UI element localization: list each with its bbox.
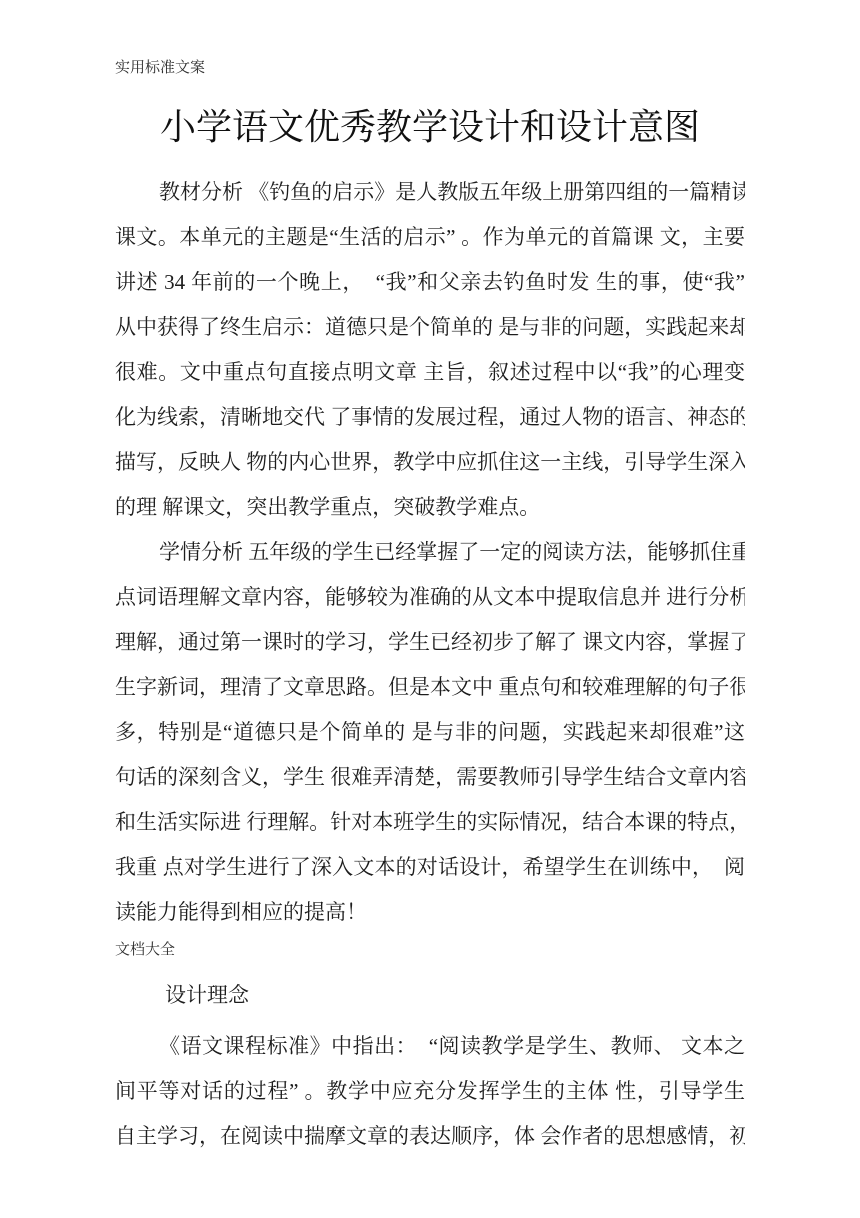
text-line: 我重 点对学生进行了深入文本的对话设计，希望学生在训练中， 阅 — [115, 845, 745, 890]
section-heading-design-concept: 设计理念 — [115, 973, 745, 1018]
text-line: 教材分析 《钓鱼的启示》是人教版五年级上册第四组的一篇精读 — [115, 170, 745, 215]
header-note: 实用标准文案 — [115, 58, 745, 78]
paragraph-design-concept: 《语文课程标准》中指出： “阅读教学是学生、教师、 文本之间平等对话的过程” 。… — [115, 1024, 745, 1159]
text-line: 《语文课程标准》中指出： “阅读教学是学生、教师、 文本之 — [115, 1024, 745, 1069]
text-line: 描写，反映人 物的内心世界，教学中应抓住这一主线，引导学生深入 — [115, 440, 745, 485]
text-line: 多，特别是“道德只是个简单的 是与非的问题，实践起来却很难”这 — [115, 710, 745, 755]
text-line: 很难。文中重点句直接点明文章 主旨，叙述过程中以“我”的心理变 — [115, 350, 745, 395]
text-line: 学情分析 五年级的学生已经掌握了一定的阅读方法，能够抓住重 — [115, 530, 745, 575]
text-line: 化为线索，清晰地交代 了事情的发展过程，通过人物的语言、神态的 — [115, 395, 745, 440]
text-line: 从中获得了终生启示：道德只是个简单的 是与非的问题，实践起来却 — [115, 305, 745, 350]
document-title: 小学语文优秀教学设计和设计意图 — [115, 102, 745, 152]
text-line: 生字新词，理清了文章思路。但是本文中 重点句和较难理解的句子很 — [115, 665, 745, 710]
document-page: 实用标准文案 小学语文优秀教学设计和设计意图 教材分析 《钓鱼的启示》是人教版五… — [0, 0, 860, 1218]
text-line: 间平等对话的过程” 。教学中应充分发挥学生的主体 性，引导学生 — [115, 1069, 745, 1114]
paragraph-learner-analysis: 学情分析 五年级的学生已经掌握了一定的阅读方法，能够抓住重点词语理解文章内容，能… — [115, 530, 745, 935]
text-line: 句话的深刻含义，学生 很难弄清楚，需要教师引导学生结合文章内容 — [115, 755, 745, 800]
text-line: 自主学习，在阅读中揣摩文章的表达顺序，体 会作者的思想感情，初 — [115, 1114, 745, 1159]
paragraph-textbook-analysis: 教材分析 《钓鱼的启示》是人教版五年级上册第四组的一篇精读课文。本单元的主题是“… — [115, 170, 745, 530]
doc-site-note: 文档大全 — [115, 939, 745, 961]
text-line: 点词语理解文章内容，能够较为准确的从文本中提取信息并 进行分析 — [115, 575, 745, 620]
text-line: 读能力能得到相应的提高！ — [115, 890, 745, 935]
text-line: 理解，通过第一课时的学习，学生已经初步了解了 课文内容，掌握了 — [115, 620, 745, 665]
text-line: 课文。本单元的主题是“生活的启示” 。作为单元的首篇课 文，主要 — [115, 215, 745, 260]
text-line: 和生活实际进 行理解。针对本班学生的实际情况，结合本课的特点， — [115, 800, 745, 845]
document-blocks: 教材分析 《钓鱼的启示》是人教版五年级上册第四组的一篇精读课文。本单元的主题是“… — [115, 170, 745, 1159]
text-line: 的理 解课文，突出教学重点，突破教学难点。 — [115, 485, 745, 530]
text-line: 讲述 34 年前的一个晚上， “我”和父亲去钓鱼时发 生的事，使“我” — [115, 260, 745, 305]
